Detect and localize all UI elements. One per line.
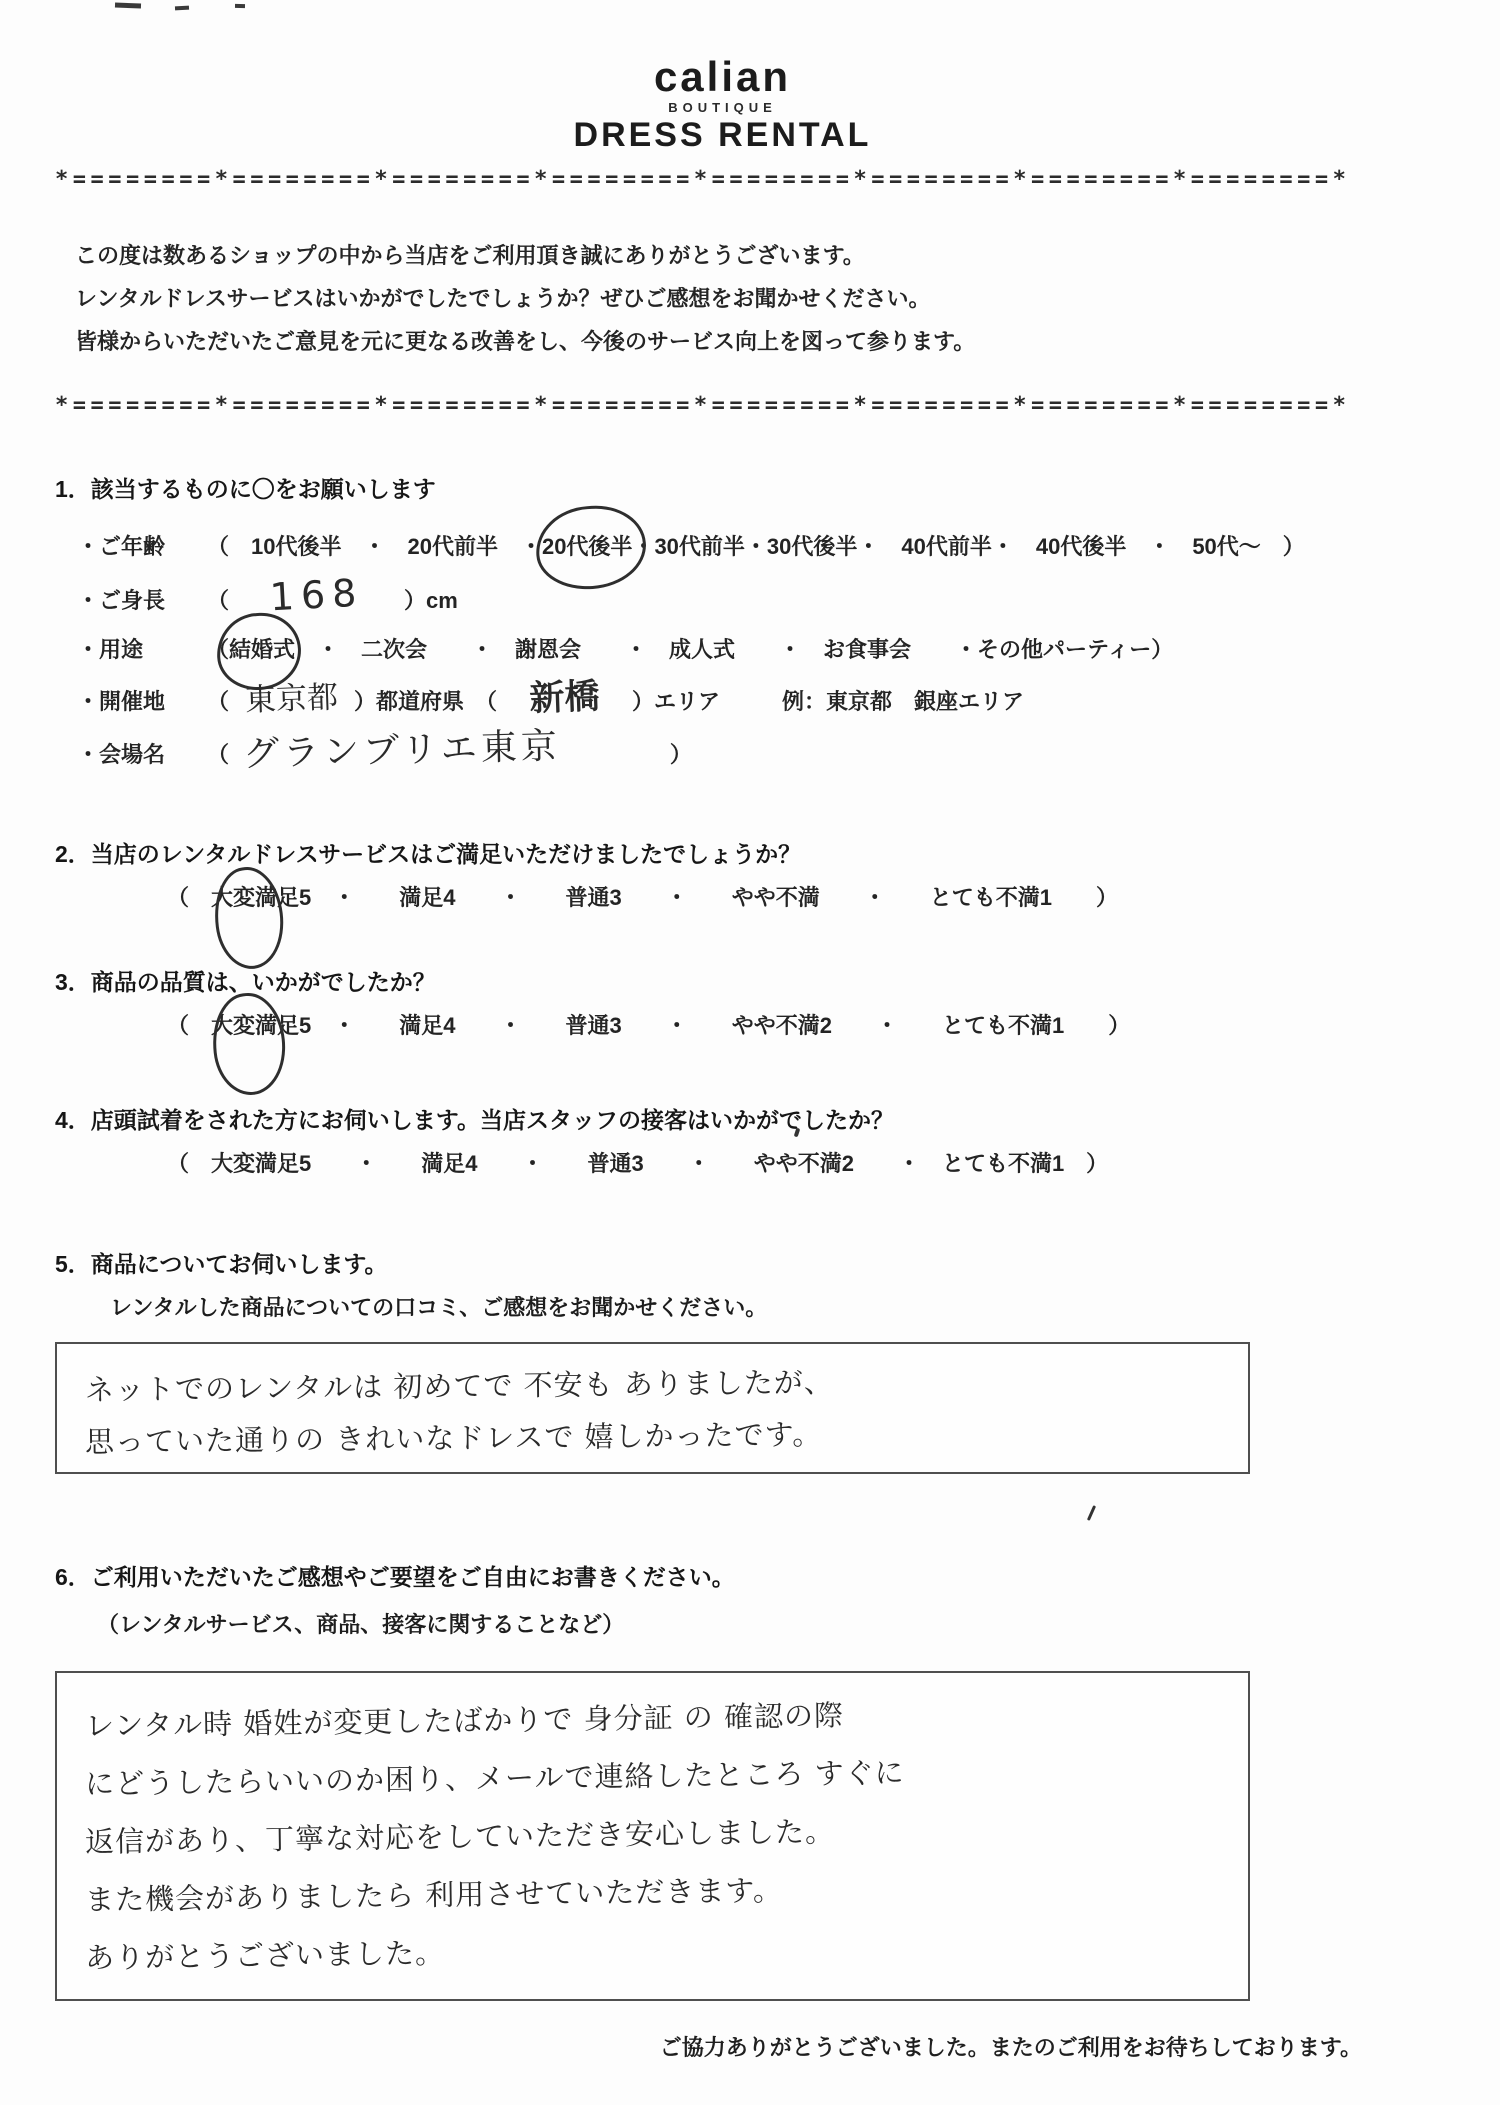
q4-options: （ 大変満足5 ・ 満足4 ・ 普通3 ・ やや不満2 ・ とても不満1 ）	[167, 1149, 1390, 1179]
stray-pen-mark	[1087, 1505, 1096, 1521]
scan-artifact	[115, 3, 141, 9]
q5-answer-box: ネットでのレンタルは 初めてで 不安も ありましたが、 思っていた通りの きれい…	[55, 1342, 1250, 1474]
q5-subtitle: レンタルした商品についての口コミ、ご感想をお聞かせください。	[110, 1291, 1390, 1322]
q2-options-post: ・ 満足4 ・ 普通3 ・ やや不満 ・ とても不満1 ）	[311, 885, 1118, 910]
location-mid: ）都道府県 （	[354, 689, 497, 714]
location-label: ・開催地	[77, 677, 207, 726]
q2-circled-label: 大変満足5	[211, 885, 311, 910]
q5-title: 5．商品についてお伺いします。	[55, 1249, 1390, 1279]
brand-type: DRESS RENTAL	[55, 118, 1390, 154]
brand-name: calian	[55, 55, 1390, 99]
height-paren-close: ）cm	[404, 588, 458, 613]
brand-logo: calian BOUTIQUE DRESS RENTAL	[55, 55, 1390, 153]
separator-line-top: *========*========*========*========*===…	[55, 167, 1390, 192]
venue-paren-close: ）	[670, 730, 692, 779]
intro-paragraph: この度は数あるショップの中から当店をご利用頂き誠にありがとうございます。 レンタ…	[75, 234, 1390, 363]
venue-row: ・会場名（グランブリエ東京）	[77, 726, 1390, 779]
q5-answer-line: 思っていた通りの きれいなドレスで 嬉しかったです。	[85, 1404, 1220, 1468]
purpose-options-pre: （	[207, 637, 229, 662]
separator-line-bottom: *========*========*========*========*===…	[55, 393, 1390, 418]
purpose-circled-label: 結婚式	[229, 637, 295, 662]
q4-title: 4．店頭試着をされた方にお伺いします。当店スタッフの接客はいかがでしたか？	[55, 1105, 1390, 1135]
q1-rows: ・ご年齢（ 10代後半 ・ 20代前半 ・20代後半・30代前半・30代後半・ …	[77, 522, 1390, 779]
venue-label: ・会場名	[77, 730, 207, 779]
footer-note: ご協力ありがとうございました。またのご利用をお待ちしております。	[55, 2031, 1390, 2062]
scan-artifact	[175, 6, 189, 11]
q3-options-post: ・ 満足4 ・ 普通3 ・ やや不満2 ・ とても不満1 ）	[311, 1013, 1130, 1038]
location-paren-open: （	[207, 689, 229, 714]
q3-circled-label: 大変満足5	[211, 1013, 311, 1038]
q2-options-pre: （	[167, 885, 211, 910]
q3-options: （ 大変満足5 ・ 満足4 ・ 普通3 ・ やや不満2 ・ とても不満1 ）	[167, 1011, 1390, 1041]
age-circled-label: 20代後半	[542, 534, 632, 559]
height-paren-open: （	[207, 588, 229, 613]
q3-options-pre: （	[167, 1013, 211, 1038]
area-value-handwritten: 新橋	[496, 672, 633, 726]
brand-subtitle: BOUTIQUE	[55, 101, 1390, 115]
purpose-circled-option: 結婚式	[229, 625, 295, 674]
q2-options: （ 大変満足5 ・ 満足4 ・ 普通3 ・ やや不満 ・ とても不満1 ）	[167, 883, 1390, 913]
q6-subtitle: （レンタルサービス、商品、接客に関することなど）	[97, 1608, 1390, 1639]
location-example: 例：東京都 銀座エリア	[782, 689, 1024, 714]
location-row: ・開催地（東京都）都道府県 （新橋）エリア例：東京都 銀座エリア	[77, 674, 1390, 726]
q2-title: 2．当店のレンタルドレスサービスはご満足いただけましたでしょうか？	[55, 839, 1390, 869]
intro-line-3: 皆様からいただいたご意見を元に更なる改善をし、今後のサービス向上を図って参ります…	[75, 320, 1390, 363]
location-paren-close: ）エリア	[632, 689, 720, 714]
intro-line-2: レンタルドレスサービスはいかがでしたでしょうか？ぜひご感想をお聞かせください。	[75, 277, 1390, 320]
purpose-row: ・用途（結婚式 ・ 二次会 ・ 謝恩会 ・ 成人式 ・ お食事会 ・その他パーテ…	[77, 625, 1390, 674]
q1-title: 1．該当するものに〇をお願いします	[55, 474, 1390, 504]
q2-circled-option: 大変満足5	[211, 883, 311, 913]
height-value-handwritten: 168	[228, 567, 405, 625]
purpose-label: ・用途	[77, 625, 207, 674]
height-label: ・ご身長	[77, 576, 207, 625]
age-row: ・ご年齢（ 10代後半 ・ 20代前半 ・20代後半・30代前半・30代後半・ …	[77, 522, 1390, 571]
scan-artifact	[235, 4, 245, 8]
q3-title: 3．商品の品質は、いかがでしたか？	[55, 967, 1390, 997]
age-circled-option: 20代後半	[542, 522, 632, 571]
height-row: ・ご身長（168）cm	[77, 571, 1390, 625]
intro-line-1: この度は数あるショップの中から当店をご利用頂き誠にありがとうございます。	[75, 234, 1390, 277]
scanned-survey-page: calian BOUTIQUE DRESS RENTAL *========*=…	[0, 0, 1500, 2105]
age-label: ・ご年齢	[77, 522, 207, 571]
venue-value-handwritten: グランブリエ東京	[228, 722, 575, 780]
purpose-options-post: ・ 二次会 ・ 謝恩会 ・ 成人式 ・ お食事会 ・その他パーティー）	[295, 637, 1173, 662]
age-options-pre: （ 10代後半 ・ 20代前半 ・	[207, 534, 542, 559]
q6-answer-box: レンタル時 婚姓が変更したばかりで 身分証 の 確認の際 にどうしたらいいのか困…	[55, 1671, 1250, 2001]
q3-circled-option: 大変満足5	[211, 1011, 311, 1041]
age-options-post: ・30代前半・30代後半・ 40代前半・ 40代後半 ・ 50代～ ）	[632, 534, 1304, 559]
venue-paren-open: （	[207, 742, 229, 767]
prefecture-value-handwritten: 東京都	[228, 673, 355, 726]
q6-title: 6．ご利用いただいたご感想やご要望をご自由にお書きください。	[55, 1562, 1390, 1592]
